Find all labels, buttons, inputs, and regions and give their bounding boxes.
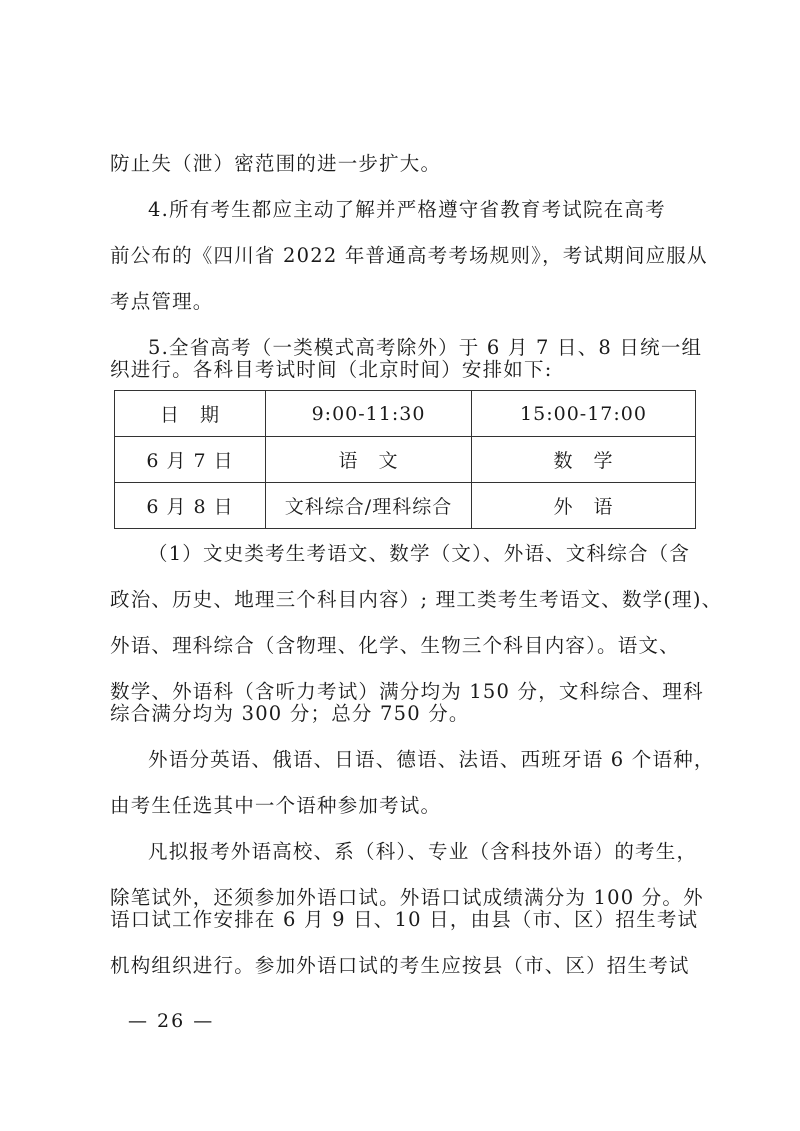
- paragraph-line: 外语、理科综合（含物理、化学、生物三个科目内容）。语文、: [110, 632, 700, 660]
- table-header-cell: 日 期: [115, 391, 266, 437]
- paragraph-line: 4.所有考生都应主动了解并严格遵守省教育考试院在高考: [148, 196, 738, 224]
- paragraph-line: 语口试工作安排在 6 月 9 日、10 日，由县（市、区）招生考试: [110, 906, 700, 934]
- paragraph-line: 凡拟报考外语高校、系（科）、专业（含科技外语）的考生，: [148, 838, 738, 866]
- table-row: 6 月 8 日 文科综合/理科综合 外 语: [115, 483, 696, 529]
- paragraph-line: 防止失（泄）密范围的进一步扩大。: [110, 150, 700, 178]
- table-cell: 语 文: [266, 437, 472, 483]
- table-cell: 文科综合/理科综合: [266, 483, 472, 529]
- table-cell: 外 语: [472, 483, 696, 529]
- paragraph-line: 机构组织进行。参加外语口试的考生应按县（市、区）招生考试: [110, 952, 700, 980]
- paragraph-line: 考点管理。: [110, 288, 700, 316]
- exam-schedule-table: 日 期 9:00-11:30 15:00-17:00 6 月 7 日 语 文 数…: [114, 390, 696, 529]
- paragraph-line: （1）文史类考生考语文、数学（文）、外语、文科综合（含: [148, 540, 738, 568]
- table-row: 6 月 7 日 语 文 数 学: [115, 437, 696, 483]
- table-header-cell: 15:00-17:00: [472, 391, 696, 437]
- table-cell: 数 学: [472, 437, 696, 483]
- paragraph-line: 由考生任选其中一个语种参加考试。: [110, 792, 700, 820]
- table-header-row: 日 期 9:00-11:30 15:00-17:00: [115, 391, 696, 437]
- page-number: — 26 —: [128, 1010, 214, 1032]
- paragraph-line: 综合满分均为 300 分；总分 750 分。: [110, 700, 700, 728]
- paragraph-line: 织进行。各科目考试时间（北京时间）安排如下:: [110, 356, 700, 384]
- paragraph-line: 前公布的《四川省 2022 年普通高考考场规则》，考试期间应服从: [110, 242, 700, 270]
- paragraph-line: 政治、历史、地理三个科目内容）; 理工类考生考语文、数学(理)、: [110, 586, 700, 614]
- paragraph-line: 外语分英语、俄语、日语、德语、法语、西班牙语 6 个语种，: [148, 746, 738, 774]
- table-cell: 6 月 8 日: [115, 483, 266, 529]
- table-cell: 6 月 7 日: [115, 437, 266, 483]
- table-header-cell: 9:00-11:30: [266, 391, 472, 437]
